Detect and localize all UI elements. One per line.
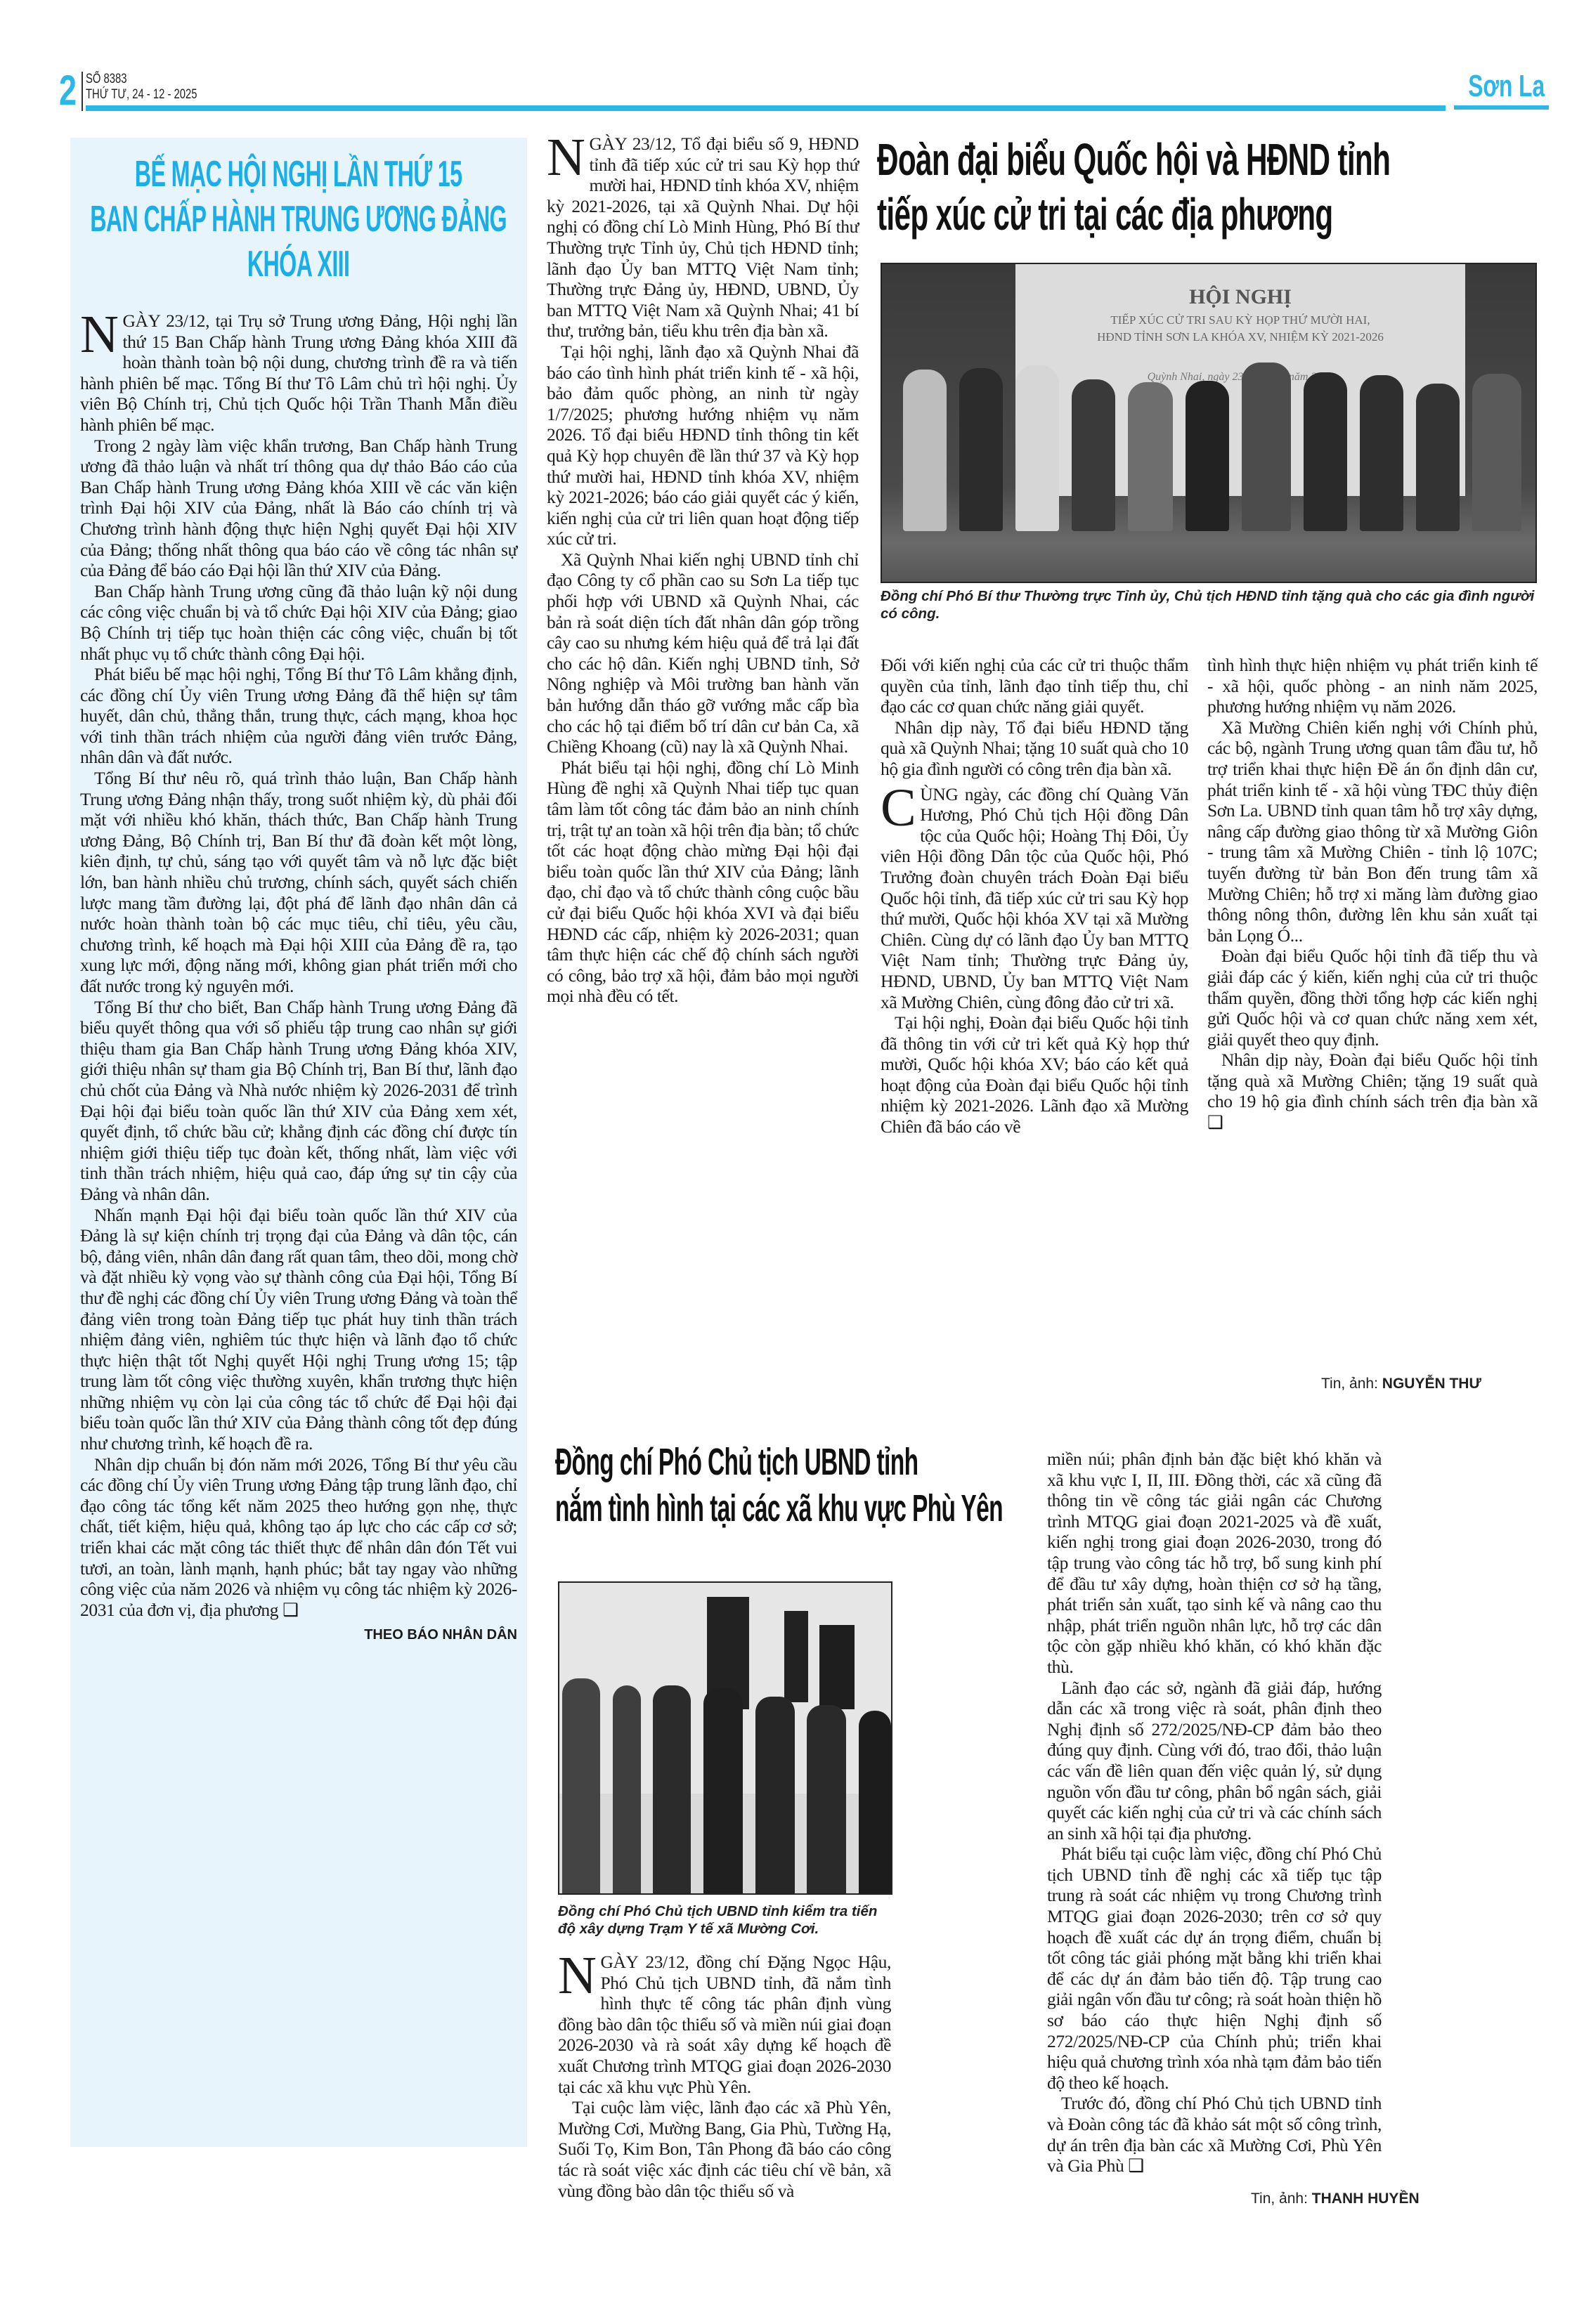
- photo-health-station-visit: [558, 1581, 892, 1895]
- article-voters-col3: tình hình thực hiện nhiệm vụ phát triển …: [1207, 655, 1538, 1133]
- issue-date: THỨ TƯ, 24 - 12 - 2025: [86, 87, 197, 103]
- article-body: NGÀY 23/12, tại Trụ sở Trung ương Đảng, …: [80, 311, 517, 1620]
- issue-number: SỐ 8383: [86, 72, 197, 87]
- group-of-officials: [562, 1667, 891, 1895]
- article-voters-col2: Đối với kiến nghị của các cử tri thuộc t…: [881, 655, 1188, 1137]
- article-phuyen-col1: NGÀY 23/12, đồng chí Đặng Ngọc Hậu, Phó …: [558, 1952, 891, 2201]
- issue-info: SỐ 8383 THỨ TƯ, 24 - 12 - 2025: [86, 72, 197, 103]
- section-name: Sơn La: [1468, 69, 1545, 104]
- drop-cap: C: [881, 787, 916, 829]
- header-rule: [86, 105, 1446, 111]
- byline: THEO BÁO NHÂN DÂN: [80, 1627, 517, 1643]
- credit-thanh-huyen: Tin, ảnh: THANH HUYỀN: [1251, 2191, 1420, 2207]
- credit-nguyen-thu: Tin, ảnh: NGUYỄN THƯ: [1321, 1376, 1481, 1392]
- header-rule-short: [1454, 105, 1549, 110]
- photo-caption: Đồng chí Phó Chủ tịch UBND tỉnh kiểm tra…: [558, 1902, 892, 1938]
- article-phuyen-title: Đồng chí Phó Chủ tịch UBND tỉnh nắm tình…: [555, 1439, 1047, 1532]
- article-voters-col1: NGÀY 23/12, Tổ đại biểu số 9, HĐND tỉnh …: [547, 133, 859, 1007]
- page-number: 2: [59, 70, 77, 111]
- article-voters-title: Đoàn đại biểu Quốc hội và HĐND tỉnh tiếp…: [877, 132, 1545, 242]
- article-party-plenum: BẾ MẠC HỘI NGHỊ LẦN THỨ 15 BAN CHẤP HÀNH…: [70, 138, 527, 2147]
- photo-gift-ceremony: HỘI NGHỊ TIẾP XÚC CỬ TRI SAU KỲ HỌP THỨ …: [881, 263, 1537, 583]
- page-header: 2 SỐ 8383 THỨ TƯ, 24 - 12 - 2025 Sơn La: [59, 70, 1549, 112]
- header-divider: [82, 72, 83, 111]
- drop-cap: N: [558, 1954, 597, 1997]
- drop-cap: N: [80, 313, 119, 355]
- photo-caption: Đồng chí Phó Bí thư Thường trực Tỉnh ủy,…: [881, 587, 1537, 622]
- drop-cap: N: [547, 136, 585, 178]
- article-title: BẾ MẠC HỘI NGHỊ LẦN THỨ 15 BAN CHẤP HÀNH…: [82, 152, 515, 287]
- article-phuyen-col2: miền núi; phân định bản đặc biệt khó khă…: [1047, 1449, 1382, 2176]
- group-of-people: [903, 366, 1521, 531]
